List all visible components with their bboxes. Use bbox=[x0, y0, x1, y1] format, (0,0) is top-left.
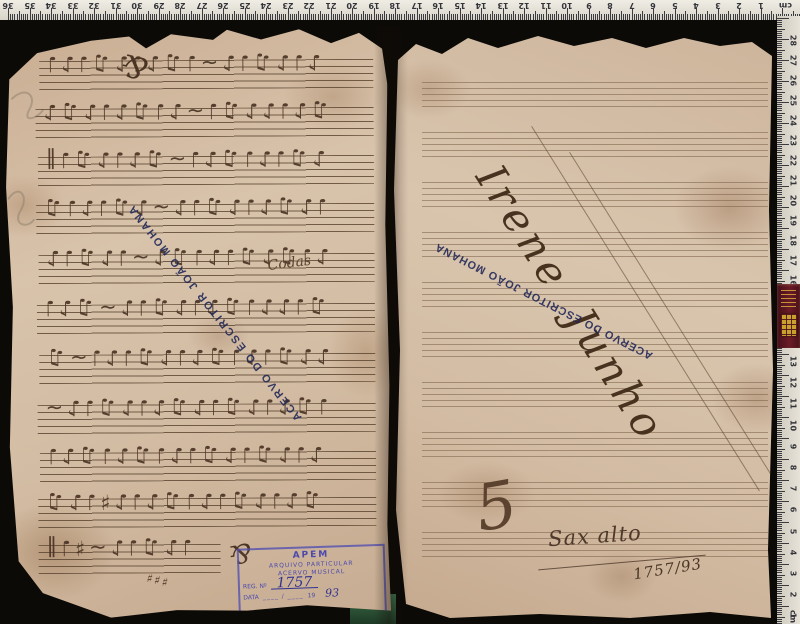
ruler-tick bbox=[702, 14, 703, 20]
ruler-tick bbox=[167, 14, 168, 20]
ruler-tick bbox=[597, 14, 598, 20]
ruler-tick bbox=[777, 176, 785, 177]
ruler-tick bbox=[724, 14, 725, 20]
ruler-number: 33 bbox=[67, 1, 79, 10]
ruler-tick bbox=[593, 14, 594, 20]
ruler-tick bbox=[769, 14, 770, 20]
ruler-tick bbox=[300, 14, 301, 20]
ruler-tick bbox=[754, 14, 755, 20]
ruler-tick bbox=[777, 507, 782, 508]
ruler-tick bbox=[253, 14, 254, 20]
ruler-tick bbox=[668, 14, 669, 20]
ruler-tick bbox=[777, 476, 782, 477]
ruler-tick bbox=[62, 11, 63, 20]
ruler-tick bbox=[156, 14, 157, 20]
ruler-number: 11 bbox=[540, 1, 552, 10]
ruler-tick bbox=[730, 14, 731, 20]
ruler-tick bbox=[777, 62, 782, 63]
ruler-tick bbox=[777, 89, 782, 90]
ruler-tick bbox=[133, 14, 134, 20]
ruler-tick bbox=[777, 549, 782, 550]
ruler-tick bbox=[401, 14, 402, 20]
ruler-number: 2 bbox=[733, 1, 745, 10]
ruler-tick bbox=[777, 278, 782, 279]
ruler-tick bbox=[477, 14, 478, 20]
ruler-tick bbox=[777, 205, 782, 206]
ruler-tick bbox=[777, 486, 782, 487]
ruler-tick bbox=[642, 11, 643, 20]
ruler-tick bbox=[100, 14, 101, 20]
ruler-tick bbox=[10, 14, 11, 20]
ruler-tick bbox=[777, 465, 782, 466]
ruler-tick bbox=[777, 146, 782, 147]
apem-reg-label: REG. Nº bbox=[243, 583, 267, 591]
staff-system: ♪♩♫♪♫♩♪♩♫♪~♩♪♫♩♪ bbox=[39, 253, 375, 284]
ruler-number: 20 bbox=[789, 194, 798, 208]
ruler-tick bbox=[109, 14, 110, 20]
ruler-tick bbox=[290, 14, 291, 20]
ruler-tick bbox=[644, 14, 645, 20]
ruler-tick bbox=[214, 14, 215, 20]
ruler-number: 29 bbox=[153, 1, 165, 10]
ruler-tick bbox=[777, 354, 789, 355]
ruler-tick bbox=[219, 14, 220, 20]
staff-system: ♪♪♫♩♪♩♫♪♩♪♫♩♪♩~♫ bbox=[39, 353, 375, 384]
ruler-tick bbox=[322, 14, 323, 20]
gold-grid-emblem-icon bbox=[781, 314, 797, 336]
apem-registration-stamp: APEM ARQUIVO PARTICULAR ACERVO MUSICAL R… bbox=[237, 544, 387, 617]
ruler-tick bbox=[229, 14, 230, 20]
ruler-tick bbox=[777, 375, 789, 376]
ruler-tick bbox=[432, 14, 433, 20]
ruler-tick bbox=[45, 14, 46, 20]
ruler-tick bbox=[479, 14, 480, 20]
ruler-tick bbox=[47, 14, 48, 20]
ruler-tick bbox=[53, 14, 54, 20]
ruler-tick bbox=[777, 518, 782, 519]
empty-staff bbox=[422, 82, 768, 107]
ruler-tick bbox=[777, 570, 782, 571]
ruler-tick bbox=[777, 184, 782, 185]
ruler-tick bbox=[550, 14, 551, 20]
ruler-tick bbox=[777, 533, 785, 534]
ruler-tick bbox=[472, 14, 473, 20]
ruler-tick bbox=[429, 14, 430, 20]
ruler-number: 5 bbox=[789, 524, 798, 538]
ruler-tick bbox=[303, 14, 304, 20]
ruler-tick bbox=[569, 14, 570, 20]
ruler-tick bbox=[341, 11, 342, 20]
ruler-tick bbox=[283, 14, 284, 20]
ruler-tick bbox=[526, 14, 527, 20]
ruler-tick bbox=[777, 276, 782, 277]
ruler-tick bbox=[90, 14, 91, 20]
ruler-tick bbox=[771, 11, 772, 20]
ruler-tick bbox=[777, 356, 782, 357]
ruler-tick bbox=[584, 14, 585, 20]
ruler-tick bbox=[81, 14, 82, 20]
ruler-number: 10 bbox=[789, 418, 798, 432]
ruler-tick bbox=[777, 434, 782, 435]
ruler-tick bbox=[92, 14, 93, 20]
ruler-tick bbox=[608, 14, 609, 20]
ruler-tick bbox=[154, 14, 155, 20]
ruler-tick bbox=[57, 14, 58, 20]
ruler-tick bbox=[777, 404, 782, 405]
handwritten-notes: ♫♩♪♪♩♫♪♩♪♫♩♪~♫♪♩ bbox=[41, 294, 328, 320]
ruler-tick bbox=[410, 14, 411, 20]
ruler-tick bbox=[311, 14, 312, 20]
ruler-tick bbox=[227, 14, 228, 20]
ruler-tick bbox=[777, 41, 782, 42]
ruler-tick bbox=[777, 150, 782, 151]
ruler-tick bbox=[777, 43, 782, 44]
ruler-tick bbox=[210, 14, 211, 20]
ruler-tick bbox=[457, 14, 458, 20]
ruler-tick bbox=[777, 602, 782, 603]
left-page-staves: ♪♩♪♫♩♪~♩♫♪♩♪♫♩♪♩♫♪♩♪♪♫♩~♪♩♫♪♩♪♫♪♪♫♩♪♩♫♪♩… bbox=[3, 25, 391, 28]
ruler-tick bbox=[571, 14, 572, 20]
ruler-tick bbox=[328, 14, 329, 20]
ruler-tick bbox=[777, 543, 789, 544]
ruler-number: 11 bbox=[789, 397, 798, 411]
ruler-tick bbox=[247, 14, 248, 20]
ruler-tick bbox=[455, 14, 456, 20]
ruler-number: 21 bbox=[325, 1, 337, 10]
ruler-tick bbox=[406, 11, 407, 20]
ruler-tick bbox=[777, 562, 782, 563]
ruler-tick bbox=[777, 123, 789, 124]
ruler-number: 15 bbox=[454, 1, 466, 10]
ruler-tick bbox=[777, 606, 789, 607]
ruler-number: 18 bbox=[789, 234, 798, 248]
ruler-tick bbox=[539, 14, 540, 20]
ruler-tick bbox=[777, 381, 782, 382]
ruler-tick bbox=[487, 14, 488, 20]
ruler-tick bbox=[586, 14, 587, 20]
ruler-tick bbox=[363, 11, 364, 20]
ruler-tick bbox=[777, 457, 782, 458]
ruler-tick bbox=[777, 367, 782, 368]
ruler-tick bbox=[348, 14, 349, 20]
ruler-number: 4 bbox=[789, 545, 798, 559]
ruler-tick bbox=[146, 14, 147, 20]
ruler-tick bbox=[548, 14, 549, 20]
ruler-tick bbox=[217, 14, 218, 20]
ruler-tick bbox=[679, 14, 680, 20]
ruler-tick bbox=[627, 14, 628, 20]
ruler-tick bbox=[777, 73, 782, 74]
ruler-tick bbox=[777, 209, 782, 210]
ruler-tick bbox=[777, 423, 782, 424]
ruler-tick bbox=[767, 14, 768, 20]
ruler-tick bbox=[66, 14, 67, 20]
ruler-tick bbox=[777, 467, 782, 468]
ruler-tick bbox=[777, 497, 782, 498]
ruler-tick bbox=[726, 14, 727, 20]
ruler-tick bbox=[777, 493, 782, 494]
ruler-tick bbox=[777, 446, 782, 447]
ruler-tick bbox=[777, 136, 782, 137]
ruler-tick bbox=[640, 14, 641, 20]
apem-reg-number: 1757 bbox=[270, 577, 318, 590]
ruler-tick bbox=[111, 14, 112, 20]
ruler-number: 17 bbox=[411, 1, 423, 10]
ruler-tick bbox=[421, 14, 422, 20]
ruler-number: 17 bbox=[789, 254, 798, 268]
ruler-tick bbox=[96, 14, 97, 20]
ruler-tick bbox=[464, 14, 465, 20]
ruler-tick bbox=[176, 14, 177, 20]
ruler-tick bbox=[777, 222, 782, 223]
ruler-tick bbox=[777, 369, 782, 370]
ruler-tick bbox=[612, 14, 613, 20]
ruler-tick bbox=[777, 614, 782, 615]
ruler-tick bbox=[777, 575, 785, 576]
ruler-tick bbox=[386, 14, 387, 20]
ruler-tick bbox=[777, 188, 782, 189]
ruler-tick bbox=[496, 14, 497, 20]
ruler-tick bbox=[436, 14, 437, 20]
ruler-tick bbox=[393, 14, 394, 20]
ruler-tick bbox=[705, 14, 706, 20]
ruler-number: 8 bbox=[604, 1, 616, 10]
ruler-unit-label: cm bbox=[780, 1, 792, 10]
ruler-tick bbox=[346, 14, 347, 20]
ruler-tick bbox=[777, 430, 782, 431]
handwritten-notes: ♪♩♪♫♩♪♫♩♪♩♫♪♩♫♪♩ bbox=[44, 442, 323, 468]
ruler-tick bbox=[475, 14, 476, 20]
ruler-tick bbox=[777, 117, 782, 118]
ruler-tick bbox=[591, 14, 592, 20]
ruler-tick bbox=[777, 579, 782, 580]
ruler-tick bbox=[777, 617, 785, 618]
apem-date-slashes: ____ / ____ bbox=[263, 593, 304, 601]
ruler-number: 28 bbox=[174, 1, 186, 10]
ruler-tick bbox=[36, 14, 37, 20]
ruler-tick bbox=[451, 14, 452, 20]
ruler-tick bbox=[515, 14, 516, 20]
ruler-tick bbox=[777, 115, 782, 116]
apem-date-label: DATA bbox=[243, 594, 259, 602]
empty-staff bbox=[422, 132, 768, 157]
ruler-tick bbox=[777, 87, 782, 88]
ruler-tick bbox=[412, 14, 413, 20]
ruler-tick bbox=[677, 14, 678, 20]
ruler-tick bbox=[777, 436, 782, 437]
ruler-tick bbox=[777, 556, 782, 557]
ruler-tick bbox=[777, 453, 782, 454]
ruler-tick bbox=[777, 33, 782, 34]
ruler-tick bbox=[777, 585, 789, 586]
ruler-tick bbox=[777, 577, 782, 578]
ruler-tick bbox=[118, 14, 119, 20]
ruler-tick bbox=[777, 281, 785, 282]
ruler-tick bbox=[462, 14, 463, 20]
ruler-tick bbox=[193, 14, 194, 20]
ruler-tick bbox=[777, 239, 785, 240]
ruler-tick bbox=[427, 11, 428, 20]
ruler-tick bbox=[777, 79, 782, 80]
ruler-tick bbox=[616, 14, 617, 20]
ruler-tick bbox=[171, 14, 172, 20]
ruler-number: 23 bbox=[282, 1, 294, 10]
ruler-tick bbox=[777, 539, 782, 540]
ruler-number: 19 bbox=[789, 214, 798, 228]
ruler-tick bbox=[518, 14, 519, 20]
ruler-tick bbox=[777, 388, 782, 389]
ruler-number: 7 bbox=[626, 1, 638, 10]
ruler-tick bbox=[425, 14, 426, 20]
ruler-tick bbox=[777, 142, 782, 143]
ruler-tick bbox=[777, 589, 782, 590]
ruler-tick bbox=[296, 14, 297, 20]
ruler-tick bbox=[670, 14, 671, 20]
ruler-tick bbox=[165, 14, 166, 20]
ruler-tick bbox=[777, 568, 782, 569]
ruler-tick bbox=[777, 526, 782, 527]
apem-century: 19 bbox=[308, 592, 316, 599]
ruler-tick bbox=[777, 260, 785, 261]
ruler-tick bbox=[625, 14, 626, 20]
ruler-tick bbox=[339, 14, 340, 20]
ruler-tick bbox=[777, 440, 782, 441]
ruler-tick bbox=[509, 14, 510, 20]
ruler-tick bbox=[365, 14, 366, 20]
manuscript-right-page: IreneJunho ACERVO DO ESCRITOR JOÃO MOHAN… bbox=[390, 30, 776, 624]
ruler-tick bbox=[777, 245, 782, 246]
ruler-tick bbox=[777, 551, 782, 552]
ruler-number: 25 bbox=[789, 94, 798, 108]
ruler-tick bbox=[528, 14, 529, 20]
ruler-tick bbox=[139, 14, 140, 20]
ruler-tick bbox=[195, 14, 196, 20]
ruler-tick bbox=[189, 14, 190, 20]
ruler-tick bbox=[384, 11, 385, 20]
ruler-tick bbox=[777, 409, 782, 410]
ruler-tick bbox=[777, 47, 782, 48]
ruler-tick bbox=[777, 392, 782, 393]
ruler-tick bbox=[636, 14, 637, 20]
ruler-tick bbox=[777, 390, 782, 391]
ruler-number: 10 bbox=[561, 1, 573, 10]
ruler-tick bbox=[777, 474, 782, 475]
ruler-tick bbox=[777, 134, 785, 135]
ruler-tick bbox=[623, 14, 624, 20]
ruler-tick bbox=[672, 14, 673, 20]
ruler-tick bbox=[777, 213, 782, 214]
ruler-tick bbox=[14, 14, 15, 20]
ruler-tick bbox=[777, 66, 782, 67]
ruler-tick bbox=[777, 270, 789, 271]
ruler-tick bbox=[204, 14, 205, 20]
ruler-tick bbox=[232, 14, 233, 20]
ruler-tick bbox=[777, 530, 782, 531]
ruler-tick bbox=[777, 102, 789, 103]
ruler-tick bbox=[49, 14, 50, 20]
ruler-tick bbox=[664, 11, 665, 20]
ruler-tick bbox=[522, 14, 523, 20]
ruler-tick bbox=[777, 495, 782, 496]
ruler-number: 3 bbox=[789, 567, 798, 581]
ruler-number: 2 bbox=[789, 588, 798, 602]
ruler-tick bbox=[777, 593, 782, 594]
ruler-tick bbox=[777, 604, 782, 605]
ruler-tick bbox=[777, 558, 782, 559]
ruler-tick bbox=[777, 190, 782, 191]
ruler-tick bbox=[777, 545, 782, 546]
ruler-tick bbox=[240, 14, 241, 20]
top-ruler-cm: 3635343332313029282726252423222120191817… bbox=[0, 0, 800, 20]
ruler-tick bbox=[470, 11, 471, 20]
handwritten-notes: ♪♫♩♪♩♫♪♩~♫♪♩♪♫♩‖ bbox=[42, 146, 326, 172]
ruler-tick bbox=[558, 14, 559, 20]
ruler-tick bbox=[79, 14, 80, 20]
ruler-tick bbox=[369, 14, 370, 20]
ruler-tick bbox=[206, 14, 207, 20]
ruler-tick bbox=[40, 11, 41, 20]
ruler-tick bbox=[25, 14, 26, 20]
ruler-number: 18 bbox=[389, 1, 401, 10]
ruler-tick bbox=[777, 419, 782, 420]
ruler-tick bbox=[777, 113, 785, 114]
ruler-tick bbox=[777, 541, 782, 542]
ruler-tick bbox=[378, 14, 379, 20]
ruler-tick bbox=[777, 26, 782, 27]
ruler-tick bbox=[777, 140, 782, 141]
ruler-tick bbox=[777, 201, 782, 202]
ruler-tick bbox=[777, 203, 782, 204]
ruler-tick bbox=[758, 14, 759, 20]
ruler-tick bbox=[279, 14, 280, 20]
ruler-number: 6 bbox=[789, 503, 798, 517]
ruler-tick bbox=[249, 14, 250, 20]
ruler-tick bbox=[358, 14, 359, 20]
ruler-tick bbox=[777, 215, 782, 216]
ruler-tick bbox=[777, 165, 789, 166]
ruler-tick bbox=[777, 488, 782, 489]
ruler-tick bbox=[777, 50, 785, 51]
ruler-tick bbox=[169, 11, 170, 20]
ruler-tick bbox=[777, 29, 785, 30]
ruler-tick bbox=[197, 14, 198, 20]
ruler-tick bbox=[148, 11, 149, 20]
ruler-tick bbox=[777, 396, 789, 397]
ruler-tick bbox=[272, 14, 273, 20]
ruler-tick bbox=[541, 14, 542, 20]
handwritten-notes: ♪♩♪♫♩♪~♩♫♪♩♪♫♩♪♩ bbox=[43, 50, 321, 76]
ruler-tick bbox=[777, 251, 782, 252]
ruler-tick bbox=[468, 14, 469, 20]
ruler-tick bbox=[324, 14, 325, 20]
ruler-tick bbox=[748, 14, 749, 20]
ruler-tick bbox=[777, 24, 782, 25]
ruler-tick bbox=[621, 11, 622, 20]
ruler-tick bbox=[777, 234, 782, 235]
ruler-tick bbox=[777, 58, 782, 59]
ruler-tick bbox=[720, 14, 721, 20]
ruler-tick bbox=[777, 535, 782, 536]
ruler-tick bbox=[777, 514, 782, 515]
ruler-tick bbox=[447, 14, 448, 20]
ruler-tick bbox=[380, 14, 381, 20]
ruler-tick bbox=[277, 11, 278, 20]
ruler-tick bbox=[733, 14, 734, 20]
ruler-tick bbox=[313, 14, 314, 20]
ruler-tick bbox=[687, 14, 688, 20]
ruler-tick bbox=[666, 14, 667, 20]
ruler-tick bbox=[777, 425, 782, 426]
